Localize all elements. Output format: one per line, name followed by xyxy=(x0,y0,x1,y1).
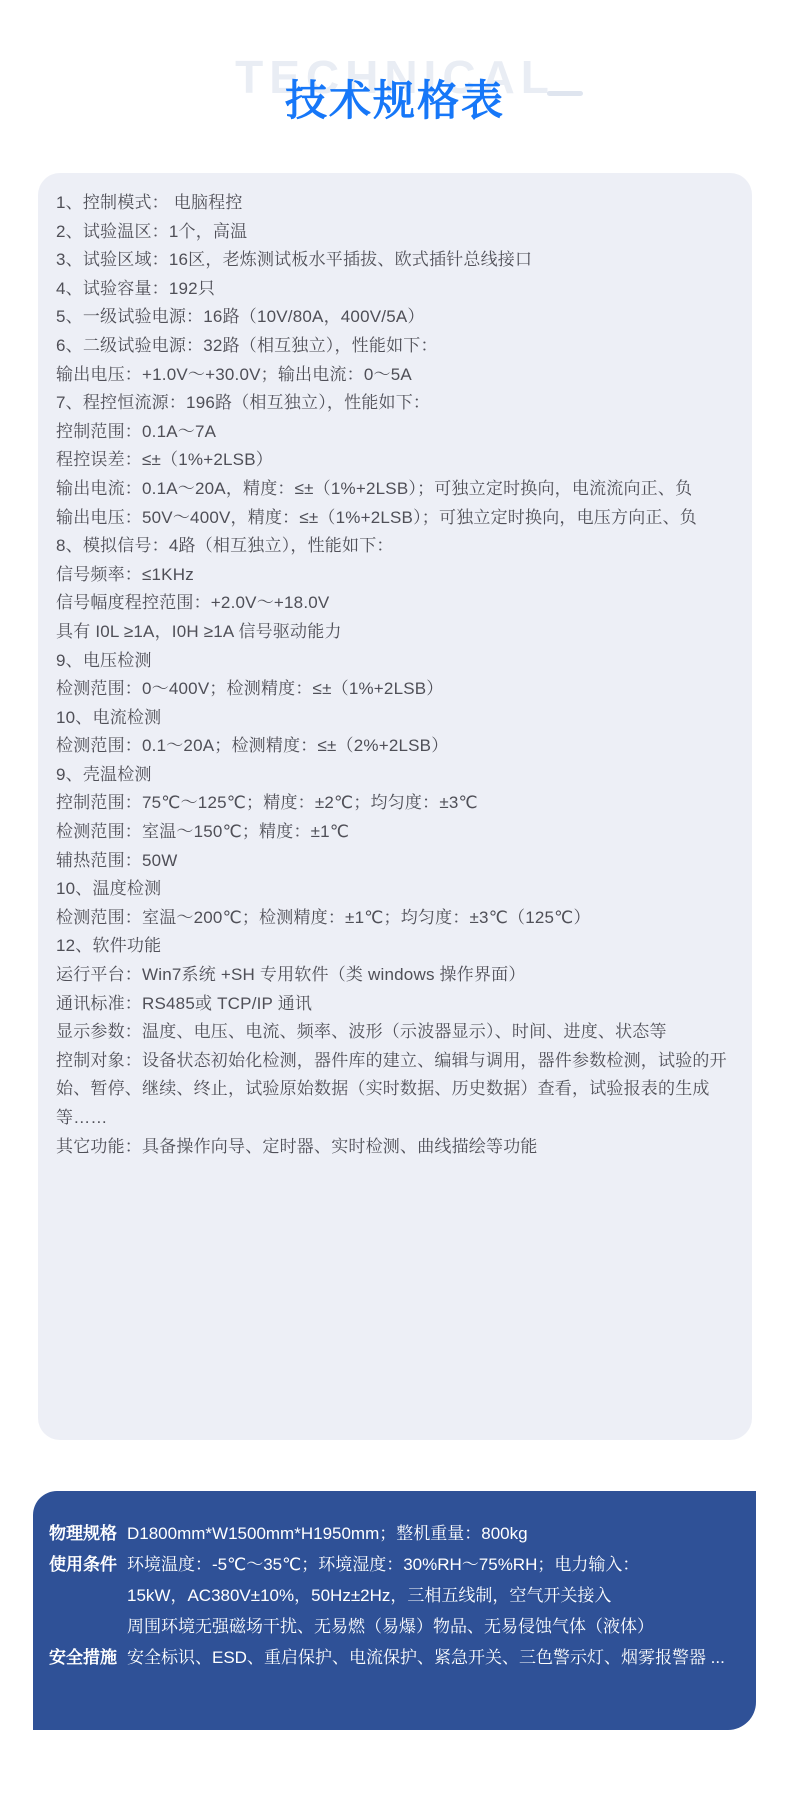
spec-line: 检测范围：室温～200℃；检测精度：±1℃；均匀度：±3℃（125℃） xyxy=(56,904,734,933)
spec-line: 8、模拟信号：4路（相互独立），性能如下： xyxy=(56,532,734,561)
spec-line: 10、温度检测 xyxy=(56,875,734,904)
spec-line: 通讯标准：RS485或 TCP/IP 通讯 xyxy=(56,990,734,1019)
spec-line: 检测范围：0～400V；检测精度：≤±（1%+2LSB） xyxy=(56,675,734,704)
spec-line: 运行平台：Win7系统 +SH 专用软件（类 windows 操作界面） xyxy=(56,961,734,990)
spec-line: 程控误差：≤±（1%+2LSB） xyxy=(56,446,734,475)
spec-line: 输出电压：50V～400V，精度：≤±（1%+2LSB）；可独立定时换向，电压方… xyxy=(56,504,734,533)
spec-line: 辅热范围：50W xyxy=(56,847,734,876)
spec-line: 信号频率：≤1KHz xyxy=(56,561,734,590)
spec-line: 具有 I0L ≥1A，I0H ≥1A 信号驱动能力 xyxy=(56,618,734,647)
footer-panel: 物理规格 D1800mm*W1500mm*H1950mm；整机重量：800kg … xyxy=(33,1491,756,1730)
footer-row-value: D1800mm*W1500mm*H1950mm；整机重量：800kg xyxy=(127,1518,736,1549)
specs-panel: 1、控制模式： 电脑程控2、试验温区：1个，高温3、试验区域：16区，老炼测试板… xyxy=(38,173,752,1440)
spec-line: 7、程控恒流源：196路（相互独立），性能如下： xyxy=(56,389,734,418)
page-title: 技术规格表 xyxy=(0,68,790,128)
spec-line: 5、一级试验电源：16路（10V/80A，400V/5A） xyxy=(56,303,734,332)
footer-row-value: 环境温度：-5℃～35℃；环境湿度：30%RH～75%RH；电力输入： 15kW… xyxy=(127,1549,736,1642)
spec-line: 9、壳温检测 xyxy=(56,761,734,790)
page-header: TECHNICAL 技术规格表 xyxy=(0,0,790,173)
spec-line: 4、试验容量：192只 xyxy=(56,275,734,304)
spec-line: 10、电流检测 xyxy=(56,704,734,733)
footer-row-label: 安全措施 xyxy=(49,1642,119,1673)
footer-row: 安全措施 安全标识、ESD、重启保护、电流保护、紧急开关、三色警示灯、烟雾报警器… xyxy=(49,1642,736,1673)
spec-line: 控制范围：0.1A～7A xyxy=(56,418,734,447)
spec-line: 输出电流：0.1A～20A，精度：≤±（1%+2LSB）；可独立定时换向，电流流… xyxy=(56,475,734,504)
footer-row-label: 使用条件 xyxy=(49,1549,119,1642)
footer-row: 物理规格 D1800mm*W1500mm*H1950mm；整机重量：800kg xyxy=(49,1518,736,1549)
spec-line: 12、软件功能 xyxy=(56,932,734,961)
spec-line: 检测范围：0.1～20A；检测精度：≤±（2%+2LSB） xyxy=(56,732,734,761)
spec-line: 其它功能：具备操作向导、定时器、实时检测、曲线描绘等功能 xyxy=(56,1133,734,1162)
spec-line: 控制范围：75℃～125℃；精度：±2℃；均匀度：±3℃ xyxy=(56,789,734,818)
spec-line: 9、电压检测 xyxy=(56,647,734,676)
footer-row: 使用条件 环境温度：-5℃～35℃；环境湿度：30%RH～75%RH；电力输入：… xyxy=(49,1549,736,1642)
spec-line: 3、试验区域：16区，老炼测试板水平插拔、欧式插针总线接口 xyxy=(56,246,734,275)
spec-line: 1、控制模式： 电脑程控 xyxy=(56,189,734,218)
footer-row-value: 安全标识、ESD、重启保护、电流保护、紧急开关、三色警示灯、烟雾报警器 ... xyxy=(127,1642,736,1673)
spec-line: 显示参数：温度、电压、电流、频率、波形（示波器显示）、时间、进度、状态等 xyxy=(56,1018,734,1047)
spec-line: 2、试验温区：1个，高温 xyxy=(56,218,734,247)
spec-line: 6、二级试验电源：32路（相互独立），性能如下： xyxy=(56,332,734,361)
spec-line: 控制对象：设备状态初始化检测，器件库的建立、编辑与调用，器件参数检测，试验的开始… xyxy=(56,1047,734,1133)
spec-line: 信号幅度程控范围：+2.0V～+18.0V xyxy=(56,589,734,618)
spec-line: 检测范围：室温～150℃；精度：±1℃ xyxy=(56,818,734,847)
footer-row-label: 物理规格 xyxy=(49,1518,119,1549)
spec-line: 输出电压：+1.0V～+30.0V；输出电流：0～5A xyxy=(56,361,734,390)
